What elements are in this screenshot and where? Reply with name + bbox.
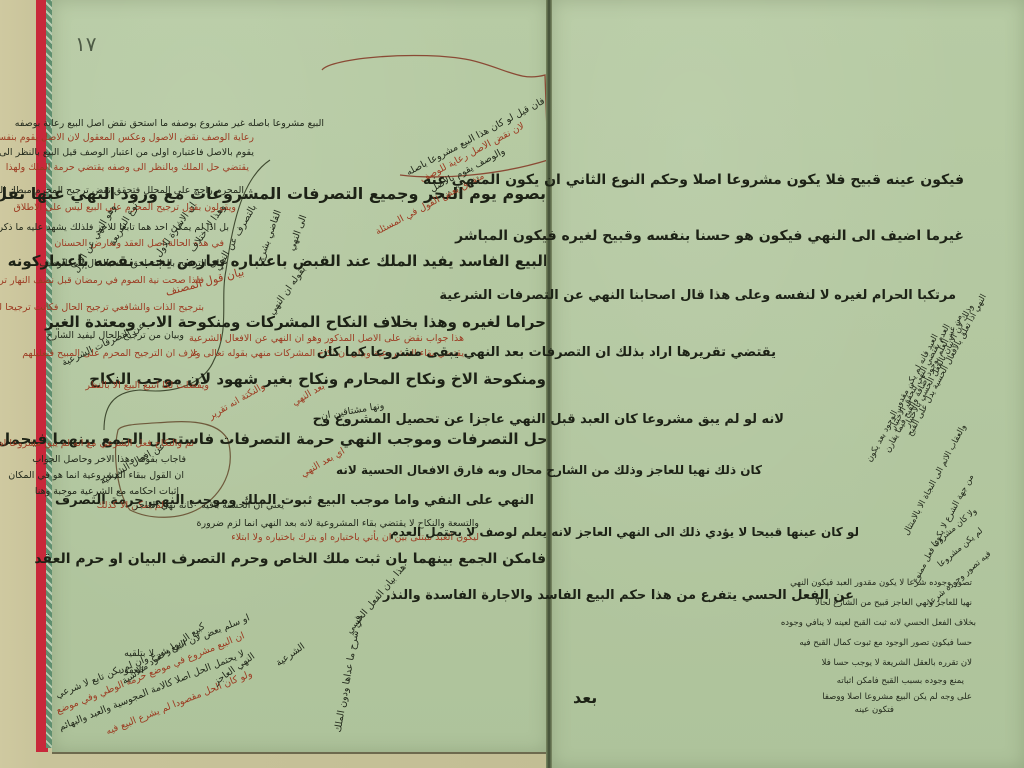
gloss-box-15: لان تقرره بالعقل الشريعة لا يوجب حسا فلا [822,658,972,668]
left-main-line-3: حراما لغيره وهذا بخلاف النكاح المشركات و… [45,313,546,331]
gloss-left-4: يقتضي حل الملك وبالنظر الى وصفه يقتضي حر… [6,162,249,173]
gloss-left-5: المحرم راجح على المحلل فتحقق نقض ترجيح ا… [0,185,244,196]
gloss-box-16: يمنع وجوده بسبب القبح فامكن اثباته [837,676,964,686]
catchword: بعد [573,688,597,707]
right-main-line-1: فيكون عينه قبيح فلا يكون مشروعا اصلا وحك… [423,172,964,188]
right-main-line-8: عن الفعل الحسي يتفرع من هذا حكم البيع ال… [383,588,854,603]
right-main-line-3: مرتكبا الحرام لغيره لا لنفسه وعلى هذا قا… [439,288,956,303]
gloss-left-3: يقوم بالاصل فاعتباره اولى من اعتبار الوص… [0,147,254,158]
gloss-circle-4: اثبات احكامه مع الشرعية موجبة وهنا [35,486,179,497]
gloss-box-18: فتكون عينه [855,705,894,715]
left-main-line-7: فامكن الجمع بينهما بان ثبت ملك الخاص وحر… [34,551,546,567]
gloss-left-9: كان الترجيح بالذات احق منه بالحال الى ال… [39,258,224,269]
gloss-circle-2: فاجاب بقوله وهذا الاخر وحاصل الجواب [32,454,186,465]
gloss-right-19: لا بتلقيه [124,648,154,659]
gloss-inline-1: هذا جواب نقض على الاصل المذكور وهو ان ال… [189,333,464,344]
gloss-box-14: حسا فيكون تصور الوجود مع ثبوت كمال القبح… [799,638,972,648]
right-main-line-7: لو كان عينها قبيحا لا يؤدي ذلك الى النهي… [390,525,859,539]
gloss-right-15: كانه نهي العاجز [134,500,194,511]
gloss-box-17: على وجه لم يكن البيع مشروعا اصلا ووصفا [822,692,972,702]
gloss-left-1: البيع مشروعا باصله غير مشروع بوصفه ما اس… [15,118,324,129]
gloss-right-20: العقود [120,665,144,676]
right-main-line-5: لانه لو لم يبق مشروعا كان العبد قبل النه… [313,412,784,427]
gloss-right-16: يعني ان الحسنة باقية [201,500,284,511]
right-main-line-4: يقتضي تقريرها اراد بذلك ان التصرفات بعد … [317,345,776,360]
gloss-box-11: تصور وجوده شرعا لا يكون مقدور العبد فيكو… [790,578,972,588]
gloss-left-2: رعاية الوصف نقض الاصول وعكس المعقول لان … [0,132,254,143]
right-main-line-6: كان ذلك نهيا للعاجز وذلك من الشارح محال … [336,463,762,477]
gloss-left-13: عرف ان الترجيح المحرم على المبيح فتعليله… [22,348,199,359]
folio-number: ١٧ [75,32,96,56]
right-folio [552,0,1024,768]
gloss-box-13: بخلاف الفعل الحسي لانه ثبت القبح لعينه ل… [781,618,976,628]
right-main-line-2: غيرما اضيف الى النهي فيكون هو حسنا بنفسه… [455,228,964,244]
gloss-circle-3: ان القول ببقاء المشروعية انما هو في المك… [8,470,184,481]
gloss-box-12: نهيا للعاجز ونهي العاجز قبيح من الشارع ل… [815,598,972,608]
gloss-left-14: ويفضلت لكا انتبع البيع الا بالنظر [85,380,209,391]
gloss-left-11: بترجيح الذات والشافعي ترجيح الحال فكانت … [0,302,204,313]
